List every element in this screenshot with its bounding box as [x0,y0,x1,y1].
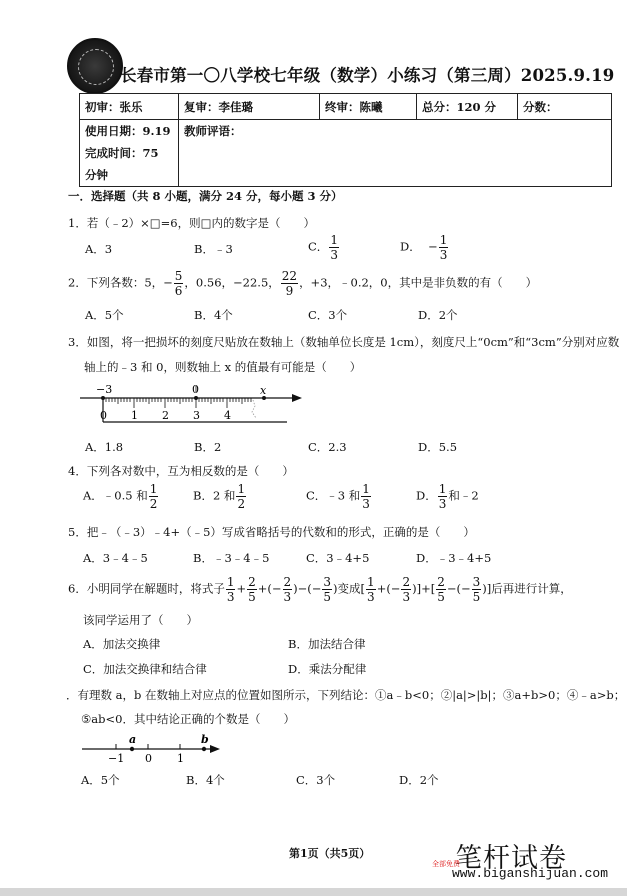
q7-option-a: A．5个 [81,772,120,788]
q5-option-d: D．﹣3﹣4+5 [416,550,491,566]
page-title: 长春市第一〇八学校七年级（数学）小练习（第三周）2025.9.19 [120,62,614,86]
info-table: 初审：张乐 复审：李佳璐 终审：陈曦 总分：120 分 分数： 使用日期：9.1… [79,93,612,187]
q2-f1-num: 5 [174,270,184,284]
ruler-number-line-figure: −3 0 x 0 1 2 3 4 [80,382,310,427]
q6-option-b: B．加法结合律 [288,636,365,652]
q4-option-a: A．﹣0.5 和12 [83,483,159,510]
q1-d-label: D． [400,240,421,254]
q1-d-sign: − [428,240,438,254]
ab-number-line-figure: a b −1 0 1 [80,732,230,764]
svg-text:−1: −1 [108,752,124,764]
q7-option-d: D．2个 [399,772,439,788]
q7-option-c: C．3个 [296,772,335,788]
axis-label-x: x [260,384,267,397]
svg-text:3: 3 [193,409,200,422]
q6-suffix: 后再进行计算， [491,582,572,596]
q6-option-c: C．加法交换律和结合律 [83,661,207,677]
use-date: 使用日期：9.19 [85,120,173,142]
q5-option-c: C．3﹣4+5 [306,550,369,566]
total-score: 总分：120 分 [417,94,518,120]
q6-mid: 变成 [338,582,361,596]
q2-option-c: C．3个 [308,307,347,323]
svg-text:b: b [201,733,209,746]
question-4-stem: 4．下列各对数中，互为相反数的是（ ） [68,463,294,479]
q3-option-d: D．5.5 [418,439,457,455]
first-reviewer: 初审：张乐 [80,94,179,120]
brand-url[interactable]: www.biganshijuan.com [452,866,608,881]
duration: 完成时间：75 分钟 [85,142,173,186]
school-emblem-icon [67,38,123,94]
bottom-bar [0,888,627,896]
q5-option-b: B．﹣3﹣4﹣5 [193,550,269,566]
axis-label-minus3: −3 [96,383,112,396]
q2-f1-den: 6 [175,284,183,297]
second-reviewer: 复审：李佳璐 [179,94,320,120]
q2-mid: ，0.56，−22.5， [184,276,279,290]
q1-d-num: 1 [439,234,449,248]
question-7-stem-line1: ．有理数 a，b 在数轴上对应点的位置如图所示，下列结论：①a﹣b<0；②|a|… [66,687,625,703]
question-2-stem: 2．下列各数：5，−56，0.56，−22.5，229，+3，﹣0.2，0，其中… [68,270,537,297]
q1-option-c: C．13 [308,234,340,261]
svg-text:0: 0 [145,752,152,764]
q3-option-c: C．2.3 [308,439,347,455]
q2-prefix: 2．下列各数：5，− [68,276,173,290]
question-3-stem-line1: 3．如图，将一把损坏的刻度尺贴放在数轴上（数轴单位长度是 1cm），刻度尺上“0… [68,334,619,350]
q2-option-d: D．2个 [418,307,458,323]
page-number: 第1页（共5页） [289,845,370,861]
teacher-comment: 教师评语： [179,120,612,187]
score-field: 分数： [518,94,612,120]
question-6-stem-line2: 该同学运用了（ ） [83,612,198,628]
q2-option-a: A．5个 [85,307,124,323]
q2-suffix: ，+3，﹣0.2，0，其中是非负数的有（ ） [299,276,537,290]
svg-text:4: 4 [224,409,231,422]
q3-option-a: A．1.8 [85,439,123,455]
q6-prefix: 6．小明同学在解题时，将式子 [68,582,225,596]
q1-option-b: B．﹣3 [194,241,233,257]
question-1-stem: 1．若（﹣2）×□=6，则□内的数字是（ ） [68,215,315,231]
svg-text:1: 1 [177,752,184,764]
q1-d-den: 3 [440,248,448,261]
svg-text:2: 2 [162,409,169,422]
section-heading: 一．选择题（共 8 小题，满分 24 分，每小题 3 分） [68,188,343,204]
q1-c-label: C． [308,240,328,254]
question-5-stem: 5．把﹣（﹣3）﹣4+（﹣5）写成省略括号的代数和的形式，正确的是（ ） [68,524,475,540]
q7-option-b: B．4个 [186,772,225,788]
q1-c-den: 3 [330,248,338,261]
q3-option-b: B．2 [194,439,221,455]
axis-label-zero: 0 [192,383,199,396]
question-7-stem-line2: ⑤ab<0．其中结论正确的个数是（ ） [81,711,295,727]
question-6-stem-line1: 6．小明同学在解题时，将式子13+25+(−23)−(−35)变成[13+(−2… [68,576,572,603]
q2-f2-den: 9 [286,284,294,297]
q6-option-d: D．乘法分配律 [288,661,366,677]
svg-text:a: a [129,733,136,746]
q4-option-d: D．13和﹣2 [416,483,479,510]
svg-text:0: 0 [100,409,107,422]
q1-option-d: D． −13 [400,234,449,261]
final-reviewer: 终审：陈曦 [320,94,417,120]
date-info: 使用日期：9.19 完成时间：75 分钟 [80,120,179,187]
svg-text:1: 1 [131,409,138,422]
q5-option-a: A．3﹣4﹣5 [83,550,148,566]
teacher-comment-label: 教师评语： [184,120,606,142]
q4-option-c: C．﹣3 和13 [306,483,372,510]
q4-option-b: B．2 和12 [193,483,247,510]
question-3-stem-line2: 轴上的﹣3 和 0，则数轴上 x 的值最有可能是（ ） [84,359,361,375]
q6-option-a: A．加法交换律 [83,636,160,652]
q2-option-b: B．4个 [194,307,233,323]
q1-option-a: A．3 [85,241,112,257]
q2-f2-num: 22 [281,270,298,284]
q1-c-num: 1 [329,234,339,248]
